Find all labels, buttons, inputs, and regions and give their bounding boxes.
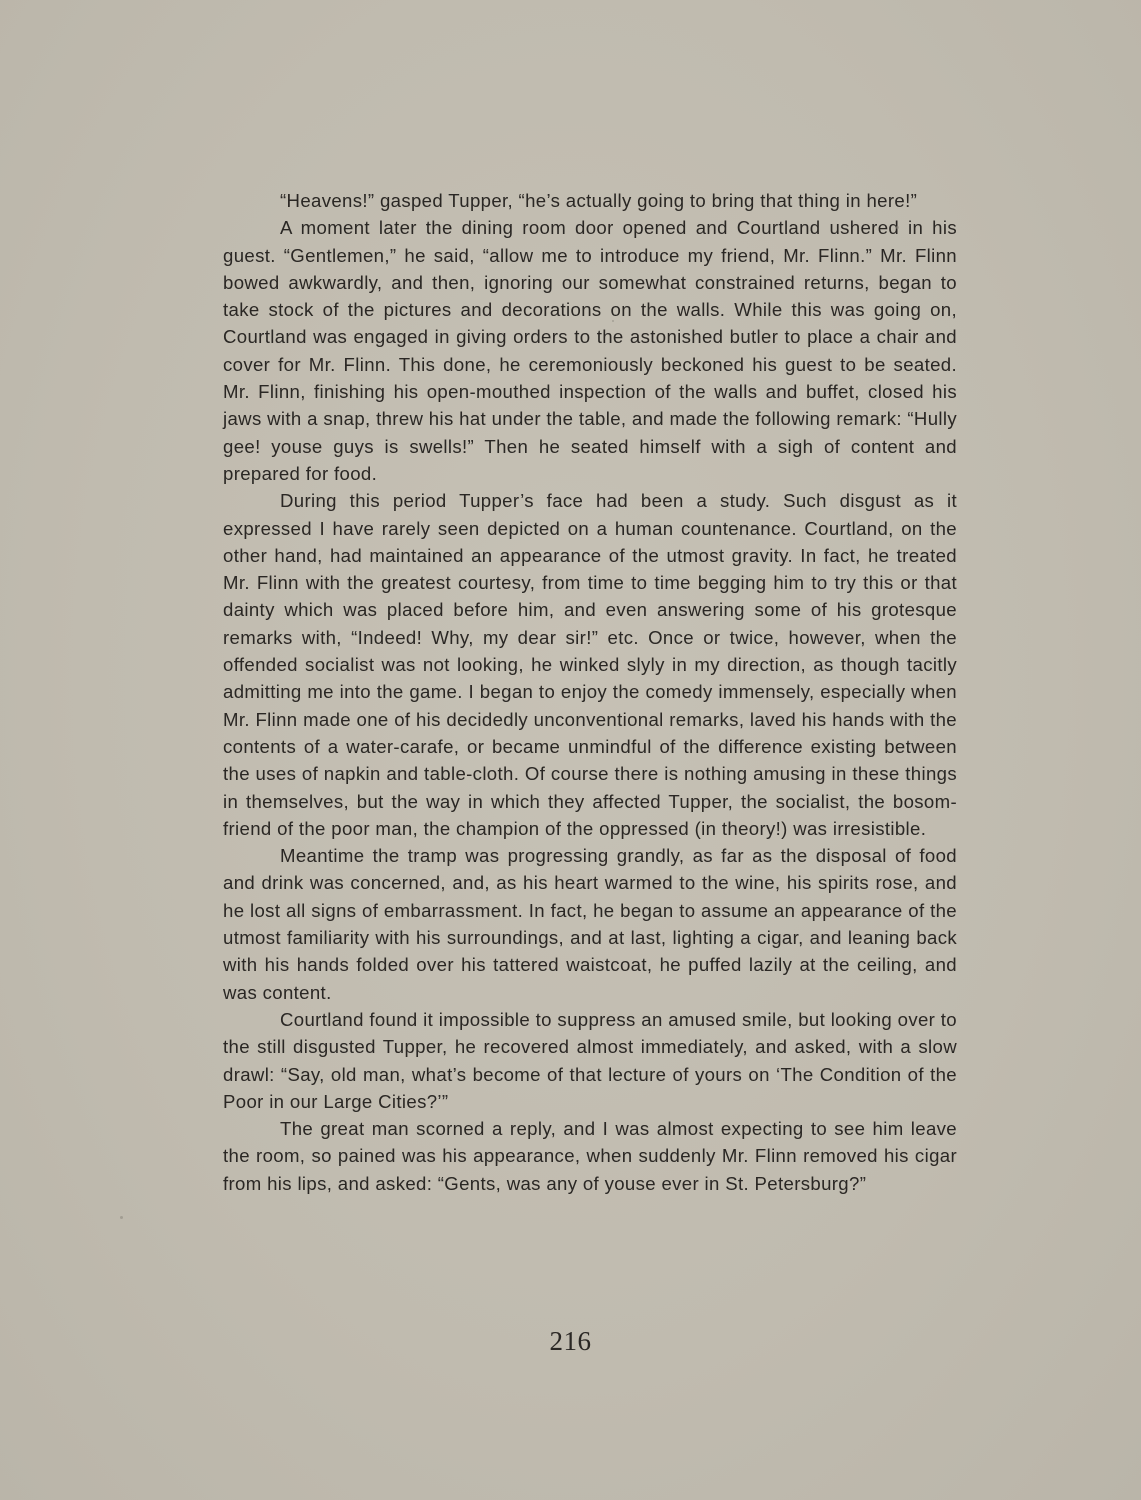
paragraph-heavens: “Heavens!” gasped Tupper, “he’s actually… xyxy=(223,187,957,214)
paper-speck xyxy=(612,320,614,322)
body-text: “Heavens!” gasped Tupper, “he’s actually… xyxy=(223,187,957,1197)
paragraph-flinn-introduced: A moment later the dining room door open… xyxy=(223,214,957,487)
paper-speck xyxy=(896,226,899,229)
paper-speck xyxy=(917,498,920,501)
paper-speck xyxy=(120,1216,123,1219)
paragraph-st-petersburg: The great man scorned a reply, and I was… xyxy=(223,1115,957,1197)
book-page: “Heavens!” gasped Tupper, “he’s actually… xyxy=(0,0,1141,1500)
paragraph-tupper-disgust: During this period Tupper’s face had bee… xyxy=(223,487,957,842)
paragraph-courtland-smile: Courtland found it impossible to suppres… xyxy=(223,1006,957,1115)
paragraph-tramp-progressing: Meantime the tramp was progressing grand… xyxy=(223,842,957,1006)
page-number: 216 xyxy=(0,1326,1141,1357)
